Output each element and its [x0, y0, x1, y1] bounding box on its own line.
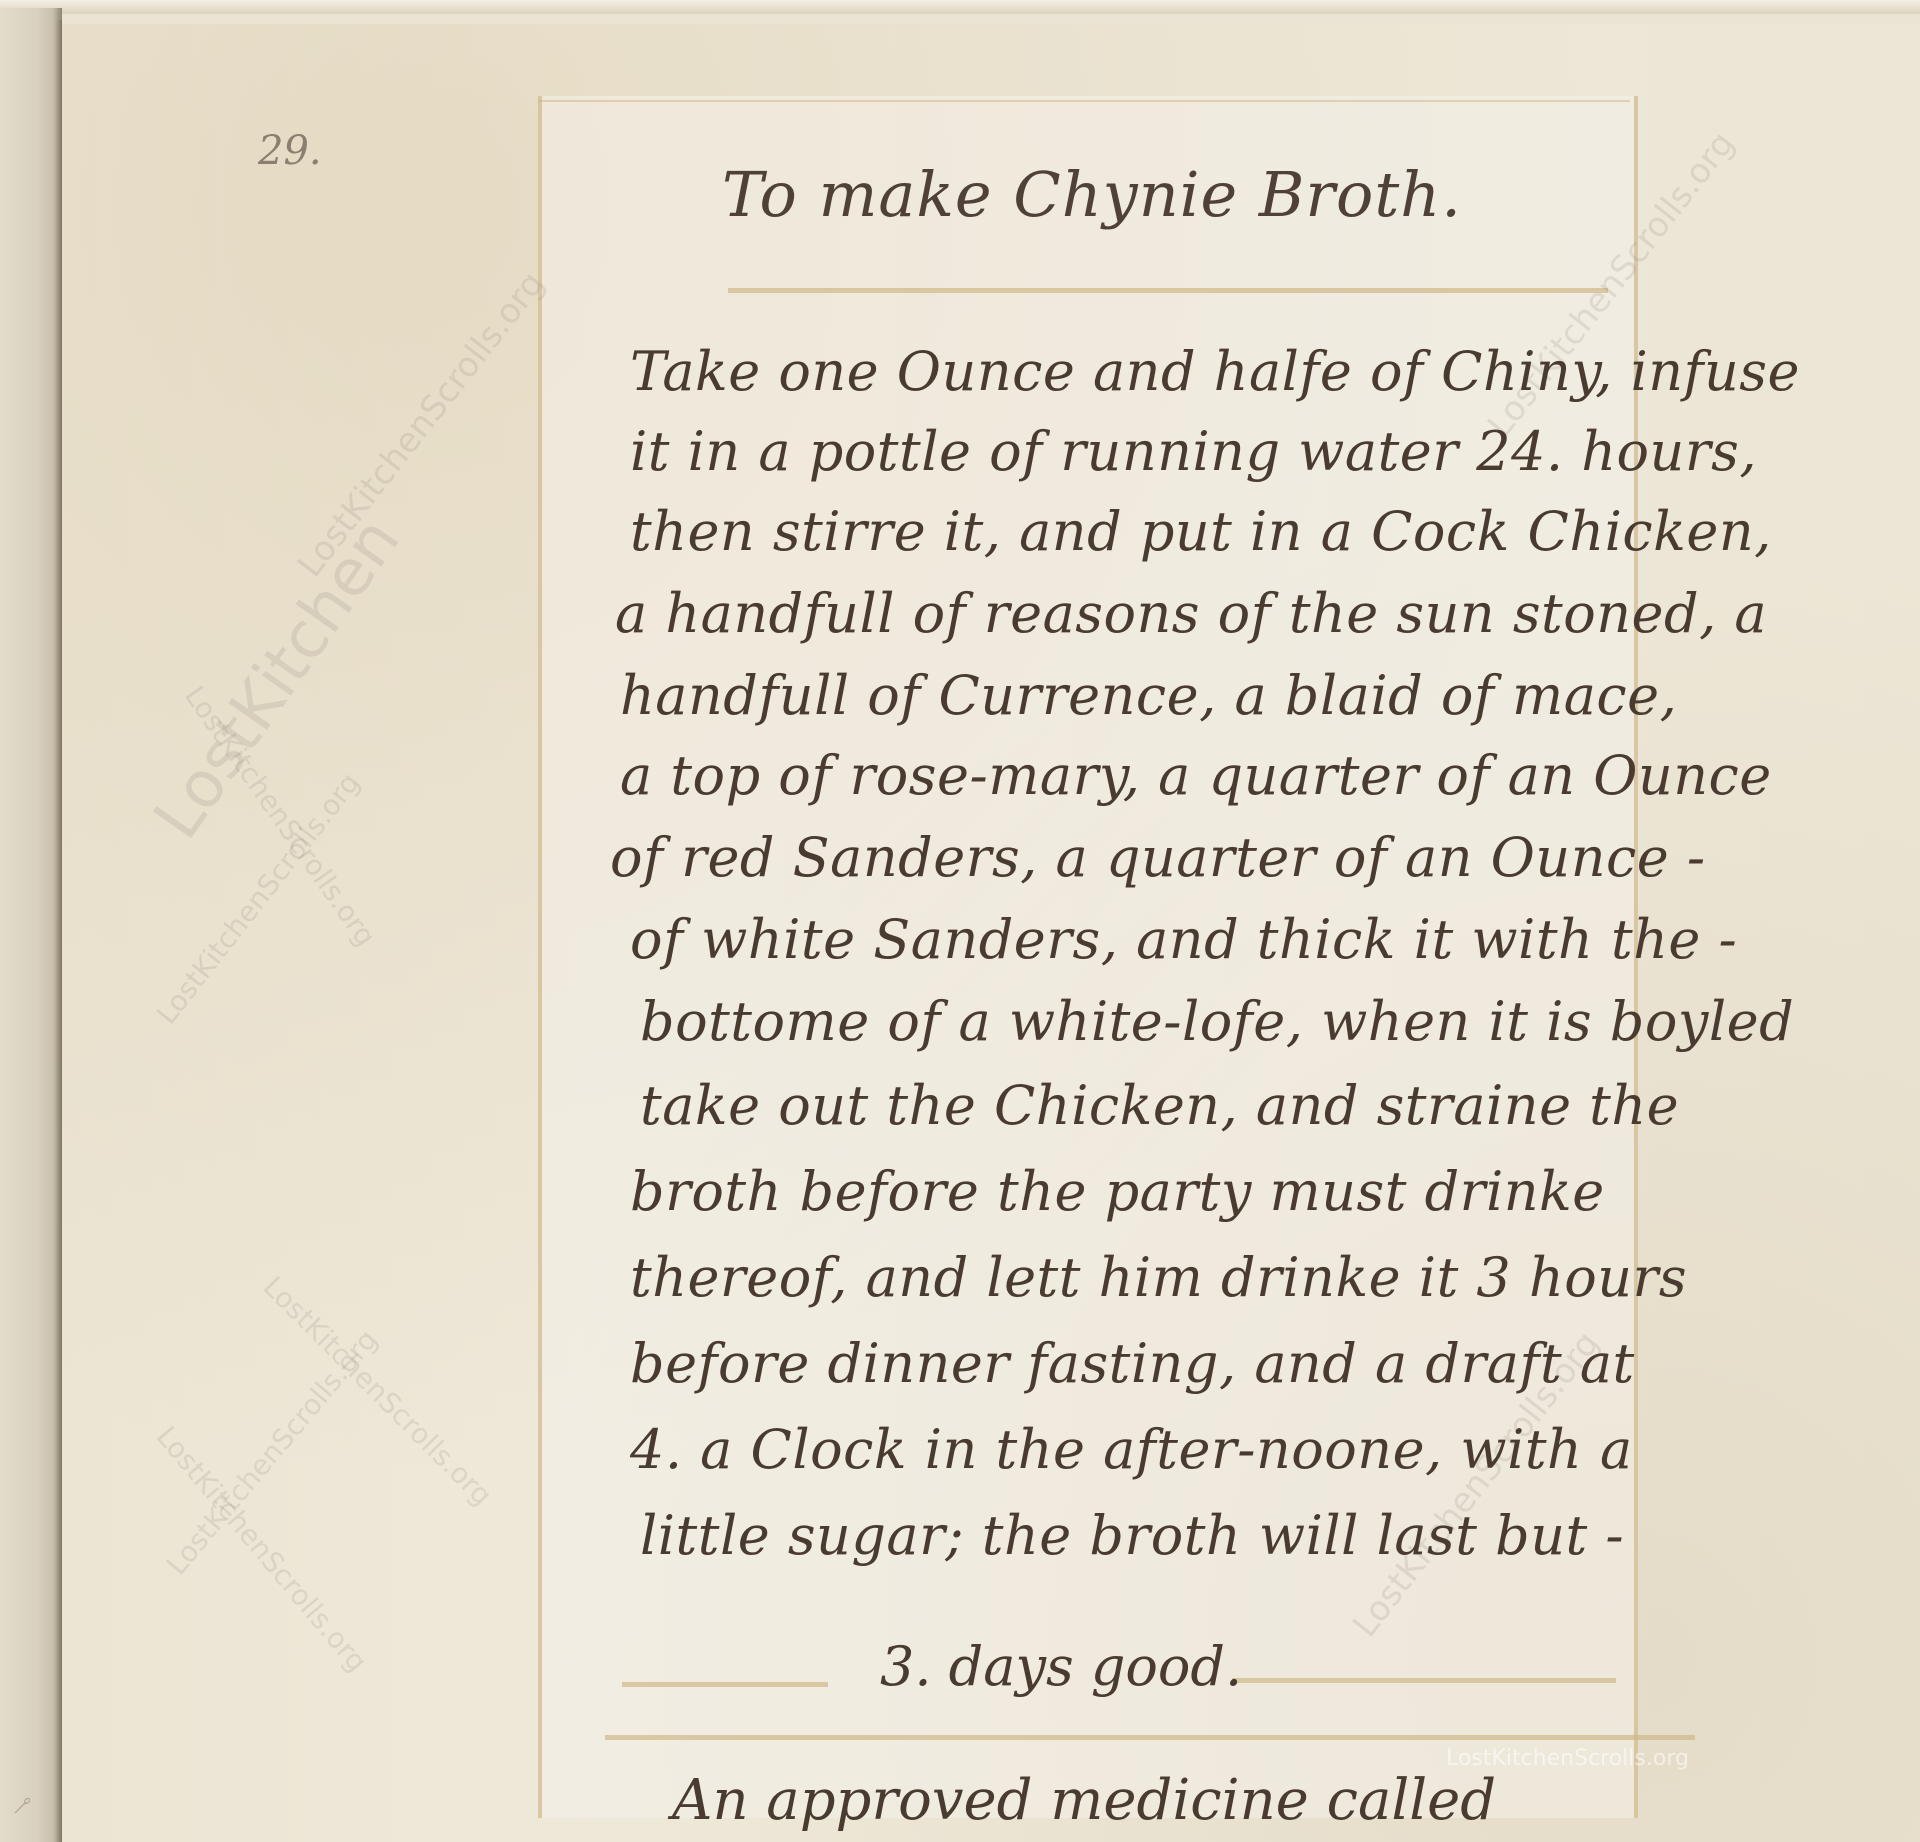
closing-rule-left	[622, 1682, 828, 1687]
book-top-edge	[0, 0, 1920, 14]
recipe-line: then stirre it, and put in a Cock Chicke…	[630, 500, 1772, 563]
recipe-line: take out the Chicken, and straine the	[640, 1074, 1679, 1137]
next-recipe-title: An approved medicine called	[672, 1768, 1496, 1833]
book-binding	[0, 8, 62, 1842]
closing-rule-right	[1232, 1678, 1616, 1683]
recipe-line: thereof, and lett him drinke it 3 hours	[630, 1246, 1687, 1309]
recipe-line: a top of rose-mary, a quarter of an Ounc…	[620, 744, 1772, 807]
quill-icon	[12, 1796, 32, 1816]
section-divider-rule	[605, 1735, 1695, 1740]
recipe-line: handfull of Currence, a blaid of mace,	[620, 664, 1677, 727]
recipe-line: broth before the party must drinke	[630, 1160, 1605, 1223]
recipe-closing-line: 3. days good.	[880, 1635, 1242, 1698]
recipe-line: little sugar; the broth will last but -	[640, 1504, 1624, 1567]
title-underline-rule	[728, 288, 1608, 293]
recipe-line: it in a pottle of running water 24. hour…	[630, 420, 1757, 483]
folio-number: 29.	[258, 128, 322, 174]
recipe-line: of white Sanders, and thick it with the …	[630, 908, 1737, 971]
panel-top-rule	[538, 100, 1630, 102]
recipe-line: bottome of a white-lofe, when it is boyl…	[640, 990, 1794, 1053]
recipe-line: a handfull of reasons of the sun stoned,…	[615, 582, 1767, 645]
corner-watermark: LostKitchenScrolls.org	[1446, 1746, 1689, 1771]
recipe-title: To make Chynie Broth.	[722, 158, 1622, 231]
recipe-line: before dinner fasting, and a draft at	[630, 1332, 1635, 1395]
recipe-line: 4. a Clock in the after-noone, with a	[630, 1418, 1633, 1481]
recipe-line: of red Sanders, a quarter of an Ounce -	[610, 826, 1706, 889]
recipe-line: Take one Ounce and halfe of Chiny, infus…	[630, 340, 1800, 403]
